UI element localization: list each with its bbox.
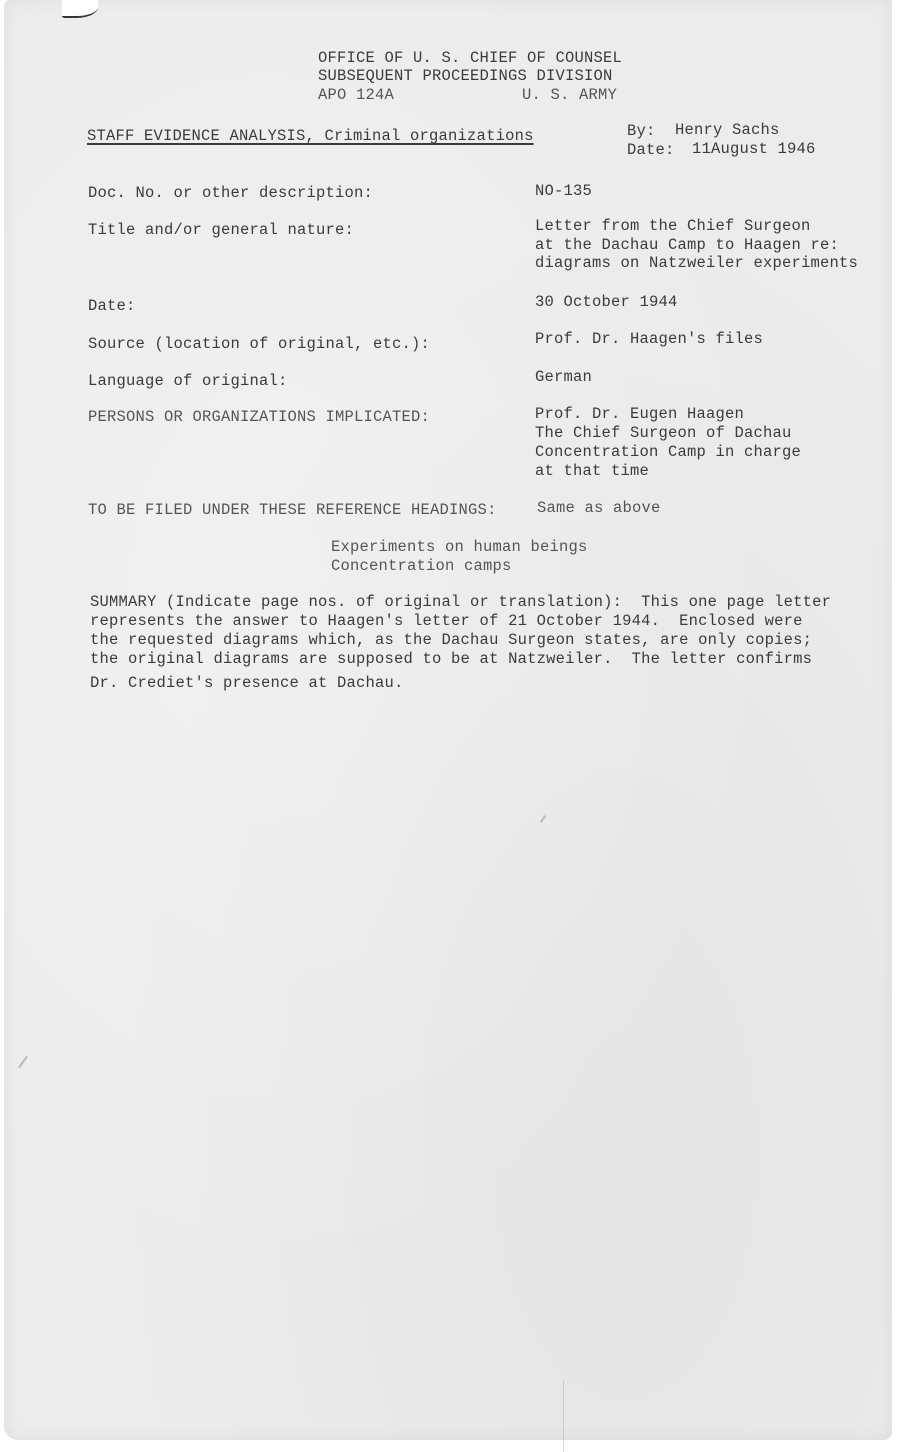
reference-heading: Experiments on human beings <box>331 538 588 557</box>
title-label: Title and/or general nature: <box>88 221 354 240</box>
persons-value-line: at that time <box>535 462 649 481</box>
persons-value-line: Concentration Camp in charge <box>535 443 801 462</box>
language-value: German <box>535 368 592 387</box>
persons-value-line: Prof. Dr. Eugen Haagen <box>535 405 744 424</box>
doc-date-value: 30 October 1944 <box>535 293 678 312</box>
filed-under-value: Same as above <box>537 499 661 518</box>
persons-label: PERSONS OR ORGANIZATIONS IMPLICATED: <box>88 408 430 427</box>
office-line-2: SUBSEQUENT PROCEEDINGS DIVISION <box>318 67 613 86</box>
persons-value-line: The Chief Surgeon of Dachau <box>535 424 792 443</box>
source-value: Prof. Dr. Haagen's files <box>535 330 763 349</box>
title-value-line: Letter from the Chief Surgeon <box>535 217 811 236</box>
summary-line: the requested diagrams which, as the Dac… <box>90 631 812 650</box>
by-label: By: <box>627 122 656 141</box>
by-value: Henry Sachs <box>675 121 780 140</box>
paper-crease <box>563 1380 564 1452</box>
doc-no-value: NO-135 <box>535 182 592 201</box>
office-line-1: OFFICE OF U. S. CHIEF OF COUNSEL <box>318 49 622 68</box>
summary-line: the original diagrams are supposed to be… <box>90 650 812 669</box>
title-value-line: at the Dachau Camp to Haagen re: <box>535 236 839 255</box>
army-label: U. S. ARMY <box>522 86 617 105</box>
date-label: Date: <box>627 141 675 160</box>
summary-line: SUMMARY (Indicate page nos. of original … <box>90 593 831 612</box>
summary-line: represents the answer to Haagen's letter… <box>90 612 803 631</box>
filed-under-label: TO BE FILED UNDER THESE REFERENCE HEADIN… <box>88 501 497 520</box>
language-label: Language of original: <box>88 372 288 391</box>
reference-heading: Concentration camps <box>331 557 512 576</box>
apo-number: APO 124A <box>318 86 394 105</box>
doc-date-label: Date: <box>88 297 136 316</box>
analysis-title: STAFF EVIDENCE ANALYSIS, Criminal organi… <box>87 127 534 146</box>
title-value-line: diagrams on Natzweiler experiments <box>535 254 858 273</box>
doc-no-label: Doc. No. or other description: <box>88 184 373 203</box>
scanned-paper-page <box>4 0 892 1440</box>
date-value: 11August 1946 <box>692 140 816 159</box>
source-label: Source (location of original, etc.): <box>88 335 430 354</box>
summary-line: Dr. Crediet's presence at Dachau. <box>90 674 404 693</box>
